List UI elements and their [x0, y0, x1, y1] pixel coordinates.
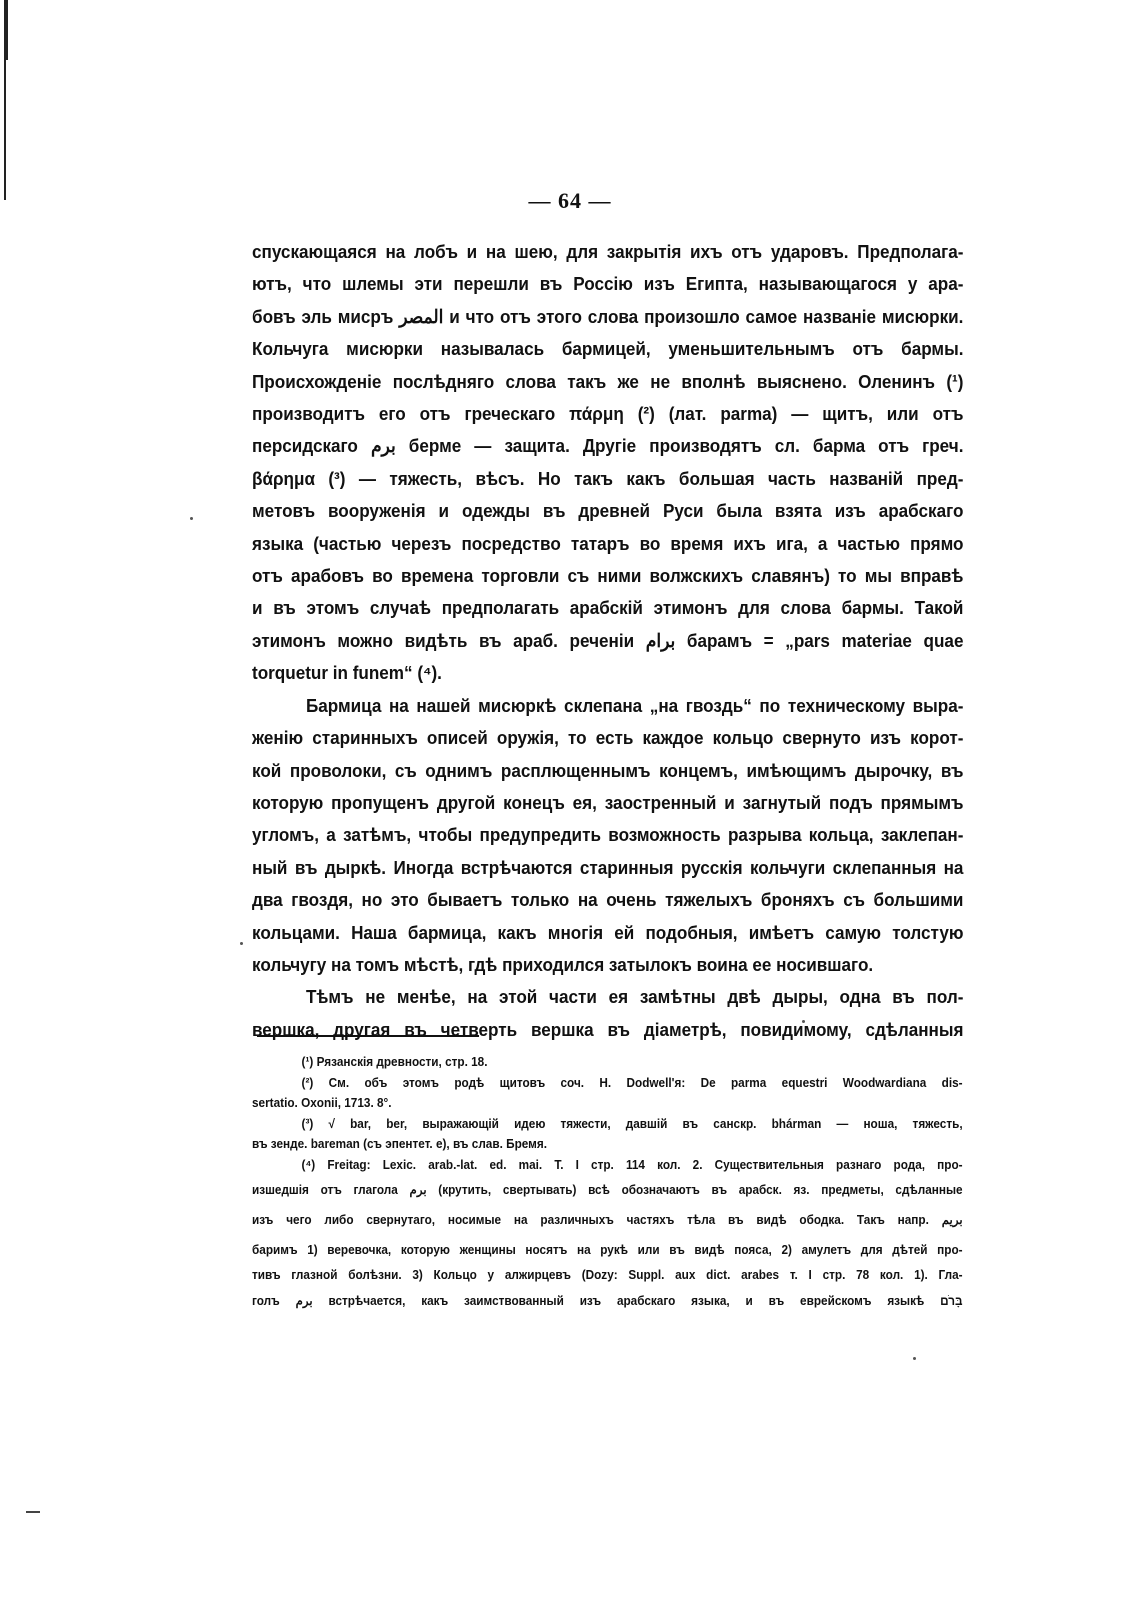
footnote-line: (⁴) Freitag: Lexic. arab.-lat. ed. mai. … [252, 1155, 963, 1176]
footnote-separator [257, 1035, 479, 1037]
footnote-1: (¹) Рязанскія древности, стр. 18. [252, 1052, 963, 1073]
text-line: Кольчуга мисюрки называлась бармицей, ум… [252, 333, 963, 365]
text-line: ютъ, что шлемы эти перешли въ Россію изъ… [252, 268, 963, 300]
text-line: бовъ эль мисръ المصر и что отъ этого сло… [252, 301, 963, 333]
text-line: кольчугу на томъ мѣстѣ, гдѣ приходился з… [252, 949, 963, 981]
scan-edge-mark [5, 0, 8, 60]
footnote-4: (⁴) Freitag: Lexic. arab.-lat. ed. mai. … [252, 1155, 963, 1316]
text-line: персидскаго برم берме — защита. Другіе п… [252, 430, 963, 462]
scan-dot-mark [190, 517, 193, 520]
footnote-line: тивъ глазной болѣзни. 3) Кольцо у алжирц… [252, 1265, 963, 1286]
text-line: Тѣмъ не менѣе, на этой части ея замѣтны … [252, 981, 963, 1013]
footnote-line: (¹) Рязанскія древности, стр. 18. [252, 1052, 963, 1073]
text-line: женію старинныхъ описей оружія, то есть … [252, 722, 963, 754]
text-line: torquetur in funem“ (⁴). [252, 657, 963, 689]
text-line: Происхожденіе послѣдняго слова такъ же н… [252, 366, 963, 398]
page-number: — 64 — [0, 188, 1140, 214]
footnote-line: голъ برم встрѣчается, какъ заимствованны… [252, 1286, 963, 1316]
text-line: кольцами. Наша бармица, какъ многія ей п… [252, 917, 963, 949]
text-line: βάρημα (³) — тяжесть, вѣсъ. Но такъ какъ… [252, 463, 963, 495]
scan-dot-mark [240, 942, 243, 945]
text-line: и въ этомъ случаѣ предполагать арабскій … [252, 592, 963, 624]
footnotes: (¹) Рязанскія древности, стр. 18. (²) См… [252, 1052, 963, 1316]
text-line: этимонъ можно видѣть въ араб. реченіи بر… [252, 625, 963, 657]
text-line: метовъ вооруженія и одежды въ древней Ру… [252, 495, 963, 527]
paragraph-2: Бармица на нашей мисюркѣ склепана „на гв… [252, 690, 963, 982]
footnote-line: въ зенде. bareman (съ эпентет. е), въ сл… [252, 1134, 963, 1155]
footnote-line: (²) См. объ этомъ родѣ щитовъ соч. H. Do… [252, 1073, 963, 1094]
text-line: ный въ дыркѣ. Иногда встрѣчаются старинн… [252, 852, 963, 884]
footnote-line: баримъ 1) веревочка, которую женщины нос… [252, 1235, 963, 1265]
footnote-3: (³) √ bar, ber, выражающій идею тяжести,… [252, 1114, 963, 1155]
text-line: угломъ, а затѣмъ, чтобы предупредить воз… [252, 819, 963, 851]
text-line: вершка, другая въ четверть вершка въ діа… [252, 1014, 963, 1046]
text-line: Бармица на нашей мисюркѣ склепана „на гв… [252, 690, 963, 722]
text-line: два гвоздя, но это бываетъ только на оче… [252, 884, 963, 916]
footnote-2: (²) См. объ этомъ родѣ щитовъ соч. H. Do… [252, 1073, 963, 1114]
scan-dash-mark [26, 1511, 40, 1513]
footnote-line: (³) √ bar, ber, выражающій идею тяжести,… [252, 1114, 963, 1135]
footnote-line: sertatio. Oxonii, 1713. 8°. [252, 1093, 963, 1114]
text-line: языка (частью черезъ посредство татаръ в… [252, 528, 963, 560]
paragraph-1: спускающаяся на лобъ и на шею, для закры… [252, 236, 963, 690]
text-line: отъ арабовъ во времена торговли съ ними … [252, 560, 963, 592]
text-line: спускающаяся на лобъ и на шею, для закры… [252, 236, 963, 268]
footnote-line: изъ чего либо свернутаго, носимые на раз… [252, 1205, 963, 1235]
text-line: производитъ его отъ греческаго πάρμη (²)… [252, 398, 963, 430]
body-text: спускающаяся на лобъ и на шею, для закры… [252, 236, 963, 1046]
footnote-line: изшедшія отъ глагола برم (крутить, сверт… [252, 1175, 963, 1205]
text-line: кой проволоки, съ однимъ расплющеннымъ к… [252, 755, 963, 787]
text-line: которую пропущенъ другой конецъ ея, заос… [252, 787, 963, 819]
scan-dot-mark [913, 1357, 916, 1360]
